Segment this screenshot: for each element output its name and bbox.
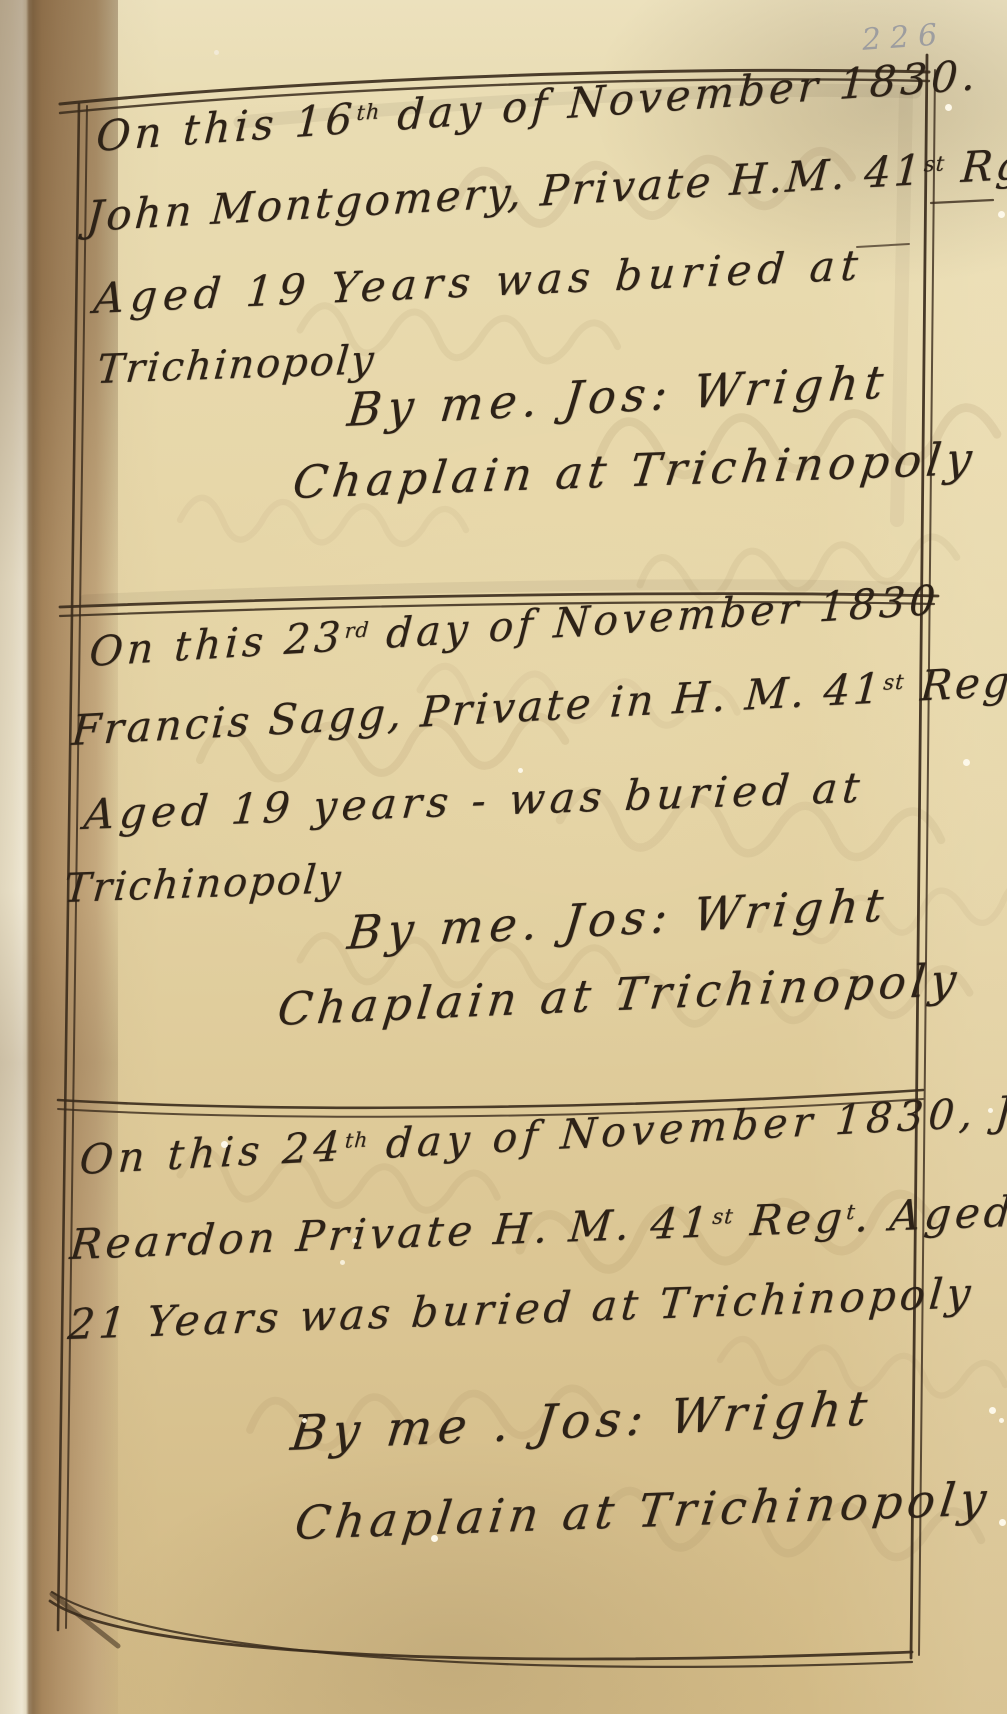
ordinal-suffix: st	[923, 151, 946, 176]
entry2-chaplain-line: Chaplain at Trichinopoly	[275, 953, 964, 1036]
entry2-date-line: On this 23rd day of November 1830	[88, 576, 941, 676]
entry3-chaplain-line: Chaplain at Trichinopoly	[292, 1471, 994, 1550]
name-text: Reg	[902, 656, 1007, 711]
date-text: day of November 1830, John	[366, 1082, 1007, 1169]
entry2-name-line: Francis Sagg, Private in H. M. 41st Reg	[70, 656, 1007, 755]
ordinal-suffix: th	[344, 1127, 369, 1152]
name-text: Reardon Private H. M. 41	[68, 1197, 714, 1269]
entry3-name-line: Reardon Private H. M. 41st Regt. Aged	[68, 1187, 1007, 1269]
date-text: On this 23	[88, 612, 346, 676]
entry3-date-line: On this 24th day of November 1830, John	[78, 1082, 1007, 1184]
name-text: Francis Sagg, Private in H. M. 41	[70, 663, 885, 755]
bottom-rule-upper	[50, 1601, 912, 1659]
name-text: Reg	[731, 1193, 848, 1246]
margin-mark-upper	[931, 200, 993, 203]
entry1-date-line: On this 16th day of November 1830.	[95, 50, 980, 161]
date-text: On this 16	[95, 94, 357, 161]
entry3-signature-line: By me . Jos: Wright	[288, 1380, 876, 1462]
right-border-outer	[911, 55, 927, 1658]
entry1-place-line: Trichinopoly	[95, 337, 377, 393]
burial-register-page-photo: 226 On this 16th day of November 1830. J…	[0, 0, 1007, 1714]
entry2-age-line: Aged 19 years - was buried at	[82, 763, 866, 839]
date-text: day of November 1830.	[379, 50, 981, 141]
book-gutter	[0, 0, 118, 1714]
date-text: day of November 1830	[368, 576, 941, 659]
name-text: John Montgomery, Private H.M. 41	[85, 145, 925, 241]
name-text: Rg	[943, 139, 1007, 193]
ordinal-suffix: th	[356, 99, 381, 125]
ordinal-suffix: st	[711, 1204, 734, 1229]
entry1-age-line: Aged 19 Years was buried at	[92, 240, 866, 323]
entry1-signature-line: By me. Jos: Wright	[345, 354, 892, 437]
name-text: . Aged	[853, 1187, 1007, 1242]
ordinal-suffix: rd	[344, 617, 370, 643]
ordinal-suffix: st	[883, 670, 906, 695]
right-border-inner	[919, 70, 935, 1655]
entry2-signature-line: By me. Jos: Wright	[345, 877, 892, 960]
page-number: 226	[861, 17, 948, 58]
entry3-age-line: 21 Years was buried at Trichinopoly	[66, 1268, 976, 1349]
entry2-place-line: Trichinopoly	[62, 856, 344, 912]
bottom-rule-lower	[52, 1592, 912, 1667]
entry1-name-line: John Montgomery, Private H.M. 41st Rg	[85, 139, 1007, 241]
entry1-chaplain-line: Chaplain at Trichinopoly	[290, 432, 980, 509]
date-text: On this 24	[78, 1122, 346, 1184]
